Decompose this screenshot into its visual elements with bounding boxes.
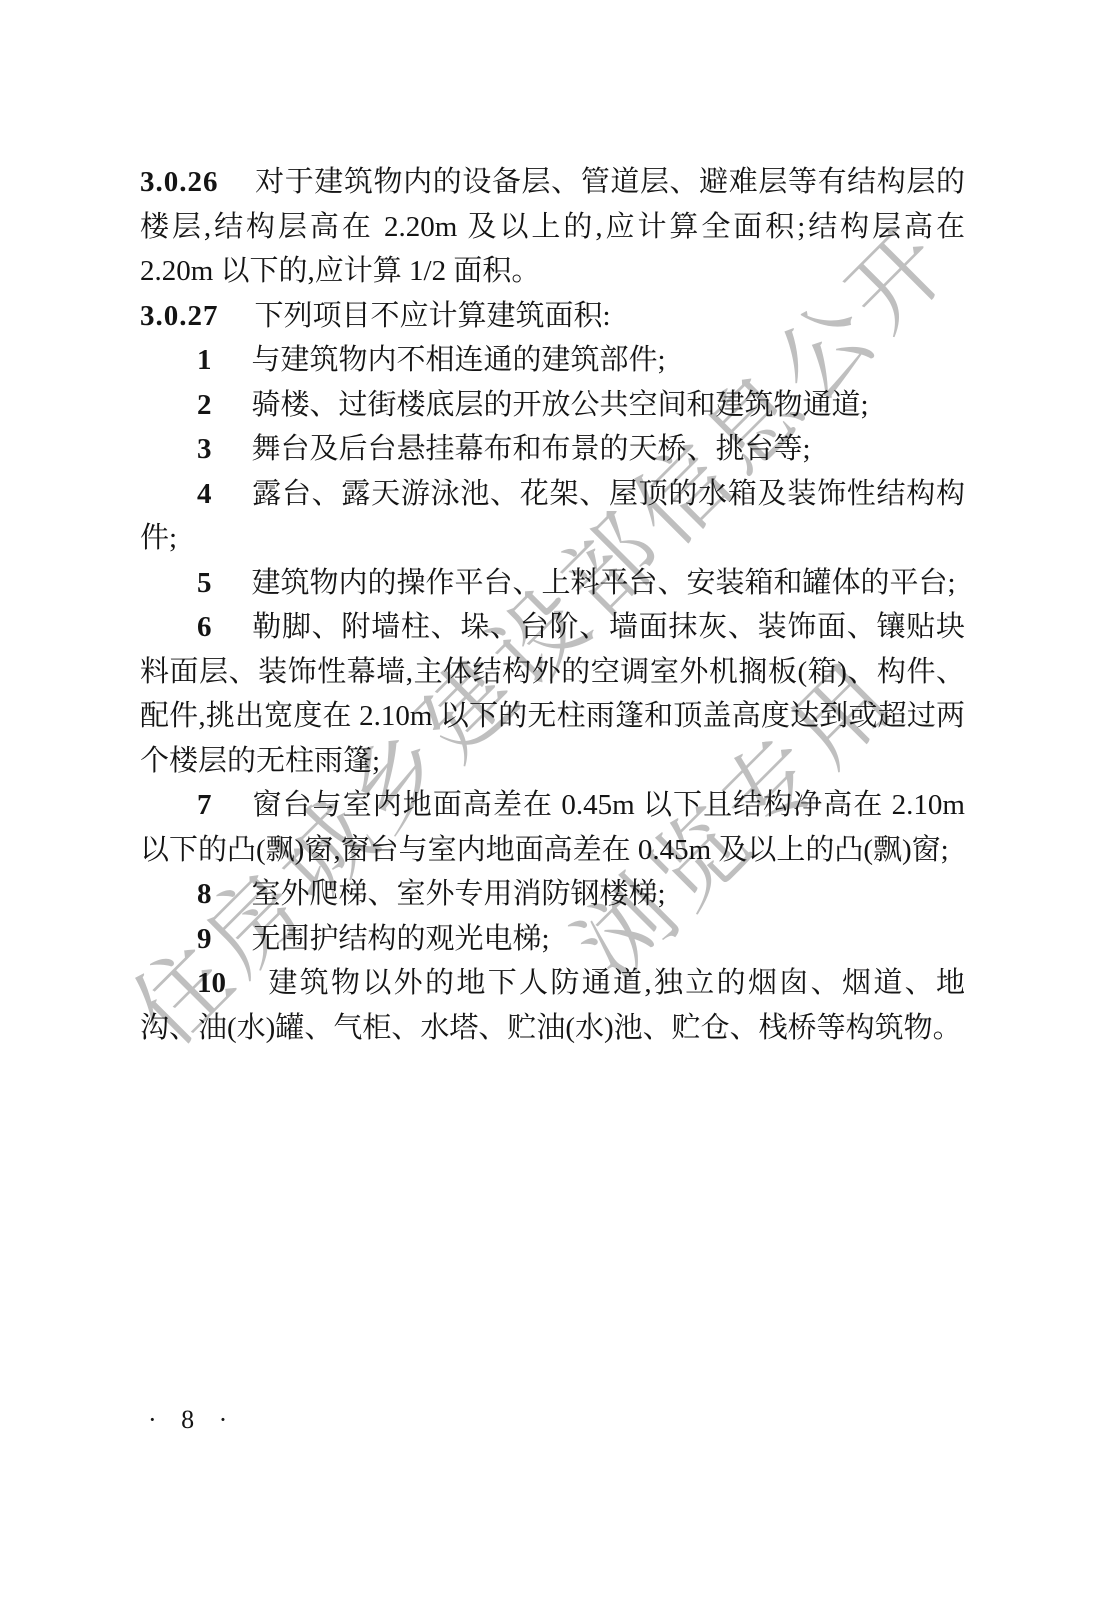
list-item-10-number: 10 xyxy=(197,967,226,999)
document-body: 3.0.26对于建筑物内的设备层、管道层、避难层等有结构层的楼层,结构层高在 2… xyxy=(140,160,965,1050)
list-item-7: 7窗台与室内地面高差在 0.45m 以下且结构净高在 2.10m 以下的凸(飘)… xyxy=(140,783,965,872)
clause-3-0-26-text: 对于建筑物内的设备层、管道层、避难层等有结构层的楼层,结构层高在 2.20m 及… xyxy=(140,166,965,287)
clause-3-0-27-number: 3.0.27 xyxy=(140,300,219,332)
list-item-1-text: 与建筑物内不相连通的建筑部件; xyxy=(252,344,666,376)
clause-3-0-26: 3.0.26对于建筑物内的设备层、管道层、避难层等有结构层的楼层,结构层高在 2… xyxy=(140,160,965,294)
list-item-6-number: 6 xyxy=(197,611,212,643)
list-item-8: 8室外爬梯、室外专用消防钢楼梯; xyxy=(140,872,965,917)
clause-3-0-27-text: 下列项目不应计算建筑面积: xyxy=(255,300,611,332)
list-item-4: 4露台、露天游泳池、花架、屋顶的水箱及装饰性结构构件; xyxy=(140,472,965,561)
list-item-4-number: 4 xyxy=(197,478,212,510)
list-item-8-number: 8 xyxy=(197,878,212,910)
list-item-6-text: 勒脚、附墙柱、垛、台阶、墙面抹灰、装饰面、镶贴块料面层、装饰性幕墙,主体结构外的… xyxy=(140,611,965,777)
document-page: 住房城乡建设部信息公开 浏览专用 3.0.26对于建筑物内的设备层、管道层、避难… xyxy=(0,0,1102,1598)
list-item-9: 9无围护结构的观光电梯; xyxy=(140,917,965,962)
list-item-9-number: 9 xyxy=(197,923,212,955)
page-number: · 8 · xyxy=(148,1405,236,1435)
list-item-3-number: 3 xyxy=(197,433,212,465)
list-item-2-text: 骑楼、过街楼底层的开放公共空间和建筑物通道; xyxy=(252,389,869,421)
list-item-10: 10建筑物以外的地下人防通道,独立的烟囱、烟道、地沟、油(水)罐、气柜、水塔、贮… xyxy=(140,961,965,1050)
list-item-5-text: 建筑物内的操作平台、上料平台、安装箱和罐体的平台; xyxy=(252,567,956,599)
list-item-3-text: 舞台及后台悬挂幕布和布景的天桥、挑台等; xyxy=(252,433,811,465)
clause-3-0-27: 3.0.27下列项目不应计算建筑面积: xyxy=(140,294,965,339)
list-item-10-text: 建筑物以外的地下人防通道,独立的烟囱、烟道、地沟、油(水)罐、气柜、水塔、贮油(… xyxy=(140,967,965,1044)
clause-3-0-26-number: 3.0.26 xyxy=(140,166,219,198)
list-item-7-text: 窗台与室内地面高差在 0.45m 以下且结构净高在 2.10m 以下的凸(飘)窗… xyxy=(140,789,965,866)
list-item-1-number: 1 xyxy=(197,344,212,376)
list-item-7-number: 7 xyxy=(197,789,212,821)
list-item-9-text: 无围护结构的观光电梯; xyxy=(252,923,550,955)
list-item-5-number: 5 xyxy=(197,567,212,599)
list-item-2: 2骑楼、过街楼底层的开放公共空间和建筑物通道; xyxy=(140,383,965,428)
list-item-5: 5建筑物内的操作平台、上料平台、安装箱和罐体的平台; xyxy=(140,561,965,606)
list-item-6: 6勒脚、附墙柱、垛、台阶、墙面抹灰、装饰面、镶贴块料面层、装饰性幕墙,主体结构外… xyxy=(140,605,965,783)
list-item-1: 1与建筑物内不相连通的建筑部件; xyxy=(140,338,965,383)
list-item-3: 3舞台及后台悬挂幕布和布景的天桥、挑台等; xyxy=(140,427,965,472)
list-item-2-number: 2 xyxy=(197,389,212,421)
list-item-4-text: 露台、露天游泳池、花架、屋顶的水箱及装饰性结构构件; xyxy=(140,478,965,555)
list-item-8-text: 室外爬梯、室外专用消防钢楼梯; xyxy=(252,878,666,910)
